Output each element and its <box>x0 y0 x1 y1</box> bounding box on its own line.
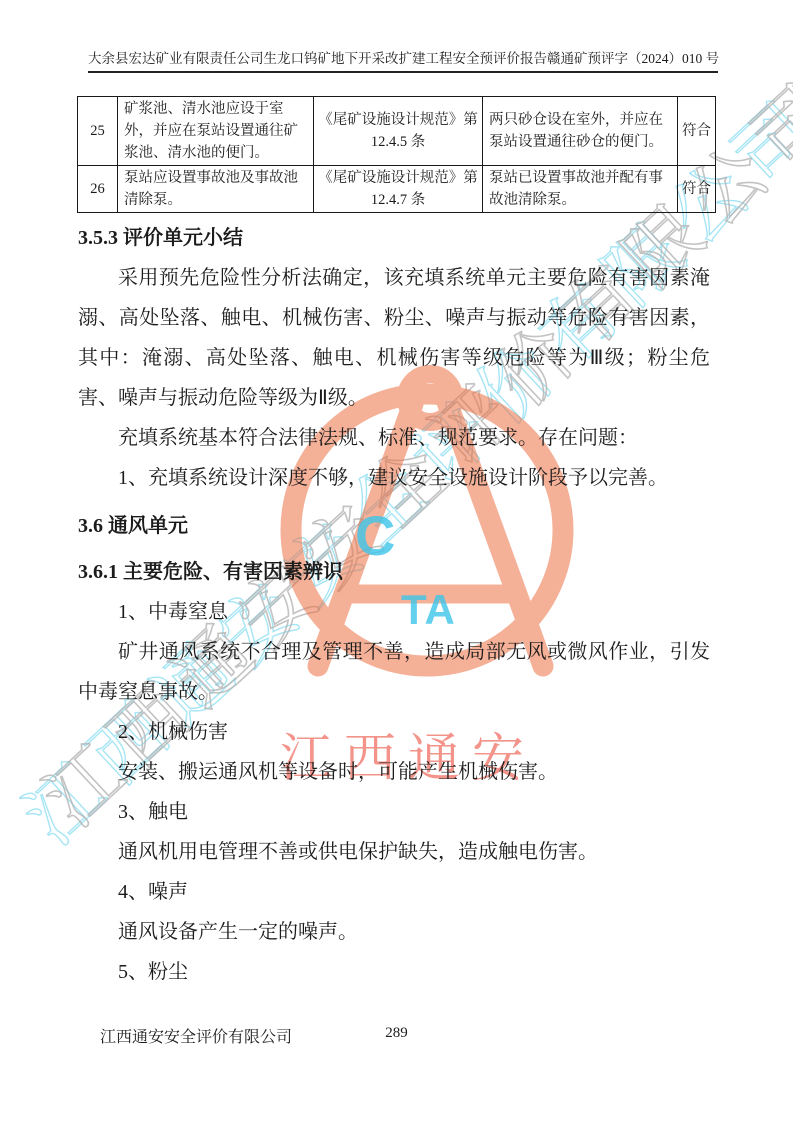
compliance-table: 25 矿浆池、清水池应设于室外，并应在泵站设置通往矿浆池、清水池的便门。 《尾矿… <box>77 96 716 213</box>
cell-conformity: 符合 <box>678 97 716 166</box>
paragraph: 1、充填系统设计深度不够，建议安全设施设计阶段予以完善。 <box>78 458 710 498</box>
cell-requirement: 矿浆池、清水池应设于室外，并应在泵站设置通往矿浆池、清水池的便门。 <box>118 97 314 166</box>
cell-standard: 《尾矿设施设计规范》第12.4.7 条 <box>314 166 483 213</box>
paragraph: 通风机用电管理不善或供电保护缺失，造成触电伤害。 <box>78 832 710 872</box>
cell-conformity: 符合 <box>678 166 716 213</box>
paragraph: 采用预先危险性分析法确定，该充填系统单元主要危险有害因素淹溺、高处坠落、触电、机… <box>78 258 710 418</box>
cell-actual: 两只砂仓设在室外，并应在泵站设置通往砂仓的便门。 <box>483 97 678 166</box>
table-row-26: 26 泵站应设置事故池及事故池清除泵。 《尾矿设施设计规范》第12.4.7 条 … <box>78 166 716 213</box>
header-doc-number: 赣通矿预评字（2024）010 号 <box>547 50 719 68</box>
table-row-25: 25 矿浆池、清水池应设于室外，并应在泵站设置通往矿浆池、清水池的便门。 《尾矿… <box>78 97 716 166</box>
cell-standard: 《尾矿设施设计规范》第12.4.5 条 <box>314 97 483 166</box>
cell-actual: 泵站已设置事故池并配有事故池清除泵。 <box>483 166 678 213</box>
paragraph: 通风设备产生一定的噪声。 <box>78 912 710 952</box>
paragraph: 矿井通风系统不合理及管理不善，造成局部无风或微风作业，引发中毒窒息事故。 <box>78 632 710 712</box>
paragraph: 安装、搬运通风机等设备时，可能产生机械伤害。 <box>78 752 710 792</box>
section-heading-3-6: 3.6 通风单元 <box>78 506 710 546</box>
section-heading-3-5-3: 3.5.3 评价单元小结 <box>78 218 710 258</box>
cell-row-number: 26 <box>78 166 118 213</box>
list-item: 2、机械伤害 <box>78 712 710 752</box>
page-number: 289 <box>0 1025 793 1042</box>
document-page: 江西通安安全评价有限公司 江西通安安全评价有限公司 江西通安 C TA 大余县宏… <box>0 0 793 1122</box>
header-report-title: 大余县宏达矿业有限责任公司生龙口钨矿地下开采改扩建工程安全预评价报告 <box>88 50 547 68</box>
section-heading-3-6-1: 3.6.1 主要危险、有害因素辨识 <box>78 552 710 592</box>
document-body: 3.5.3 评价单元小结 采用预先危险性分析法确定，该充填系统单元主要危险有害因… <box>78 218 710 992</box>
list-item: 3、触电 <box>78 792 710 832</box>
cell-requirement: 泵站应设置事故池及事故池清除泵。 <box>118 166 314 213</box>
cell-row-number: 25 <box>78 97 118 166</box>
page-header: 大余县宏达矿业有限责任公司生龙口钨矿地下开采改扩建工程安全预评价报告 赣通矿预评… <box>88 50 718 73</box>
list-item: 5、粉尘 <box>78 952 710 992</box>
list-item: 4、噪声 <box>78 872 710 912</box>
list-item: 1、中毒窒息 <box>78 592 710 632</box>
paragraph: 充填系统基本符合法律法规、标准、规范要求。存在问题： <box>78 418 710 458</box>
